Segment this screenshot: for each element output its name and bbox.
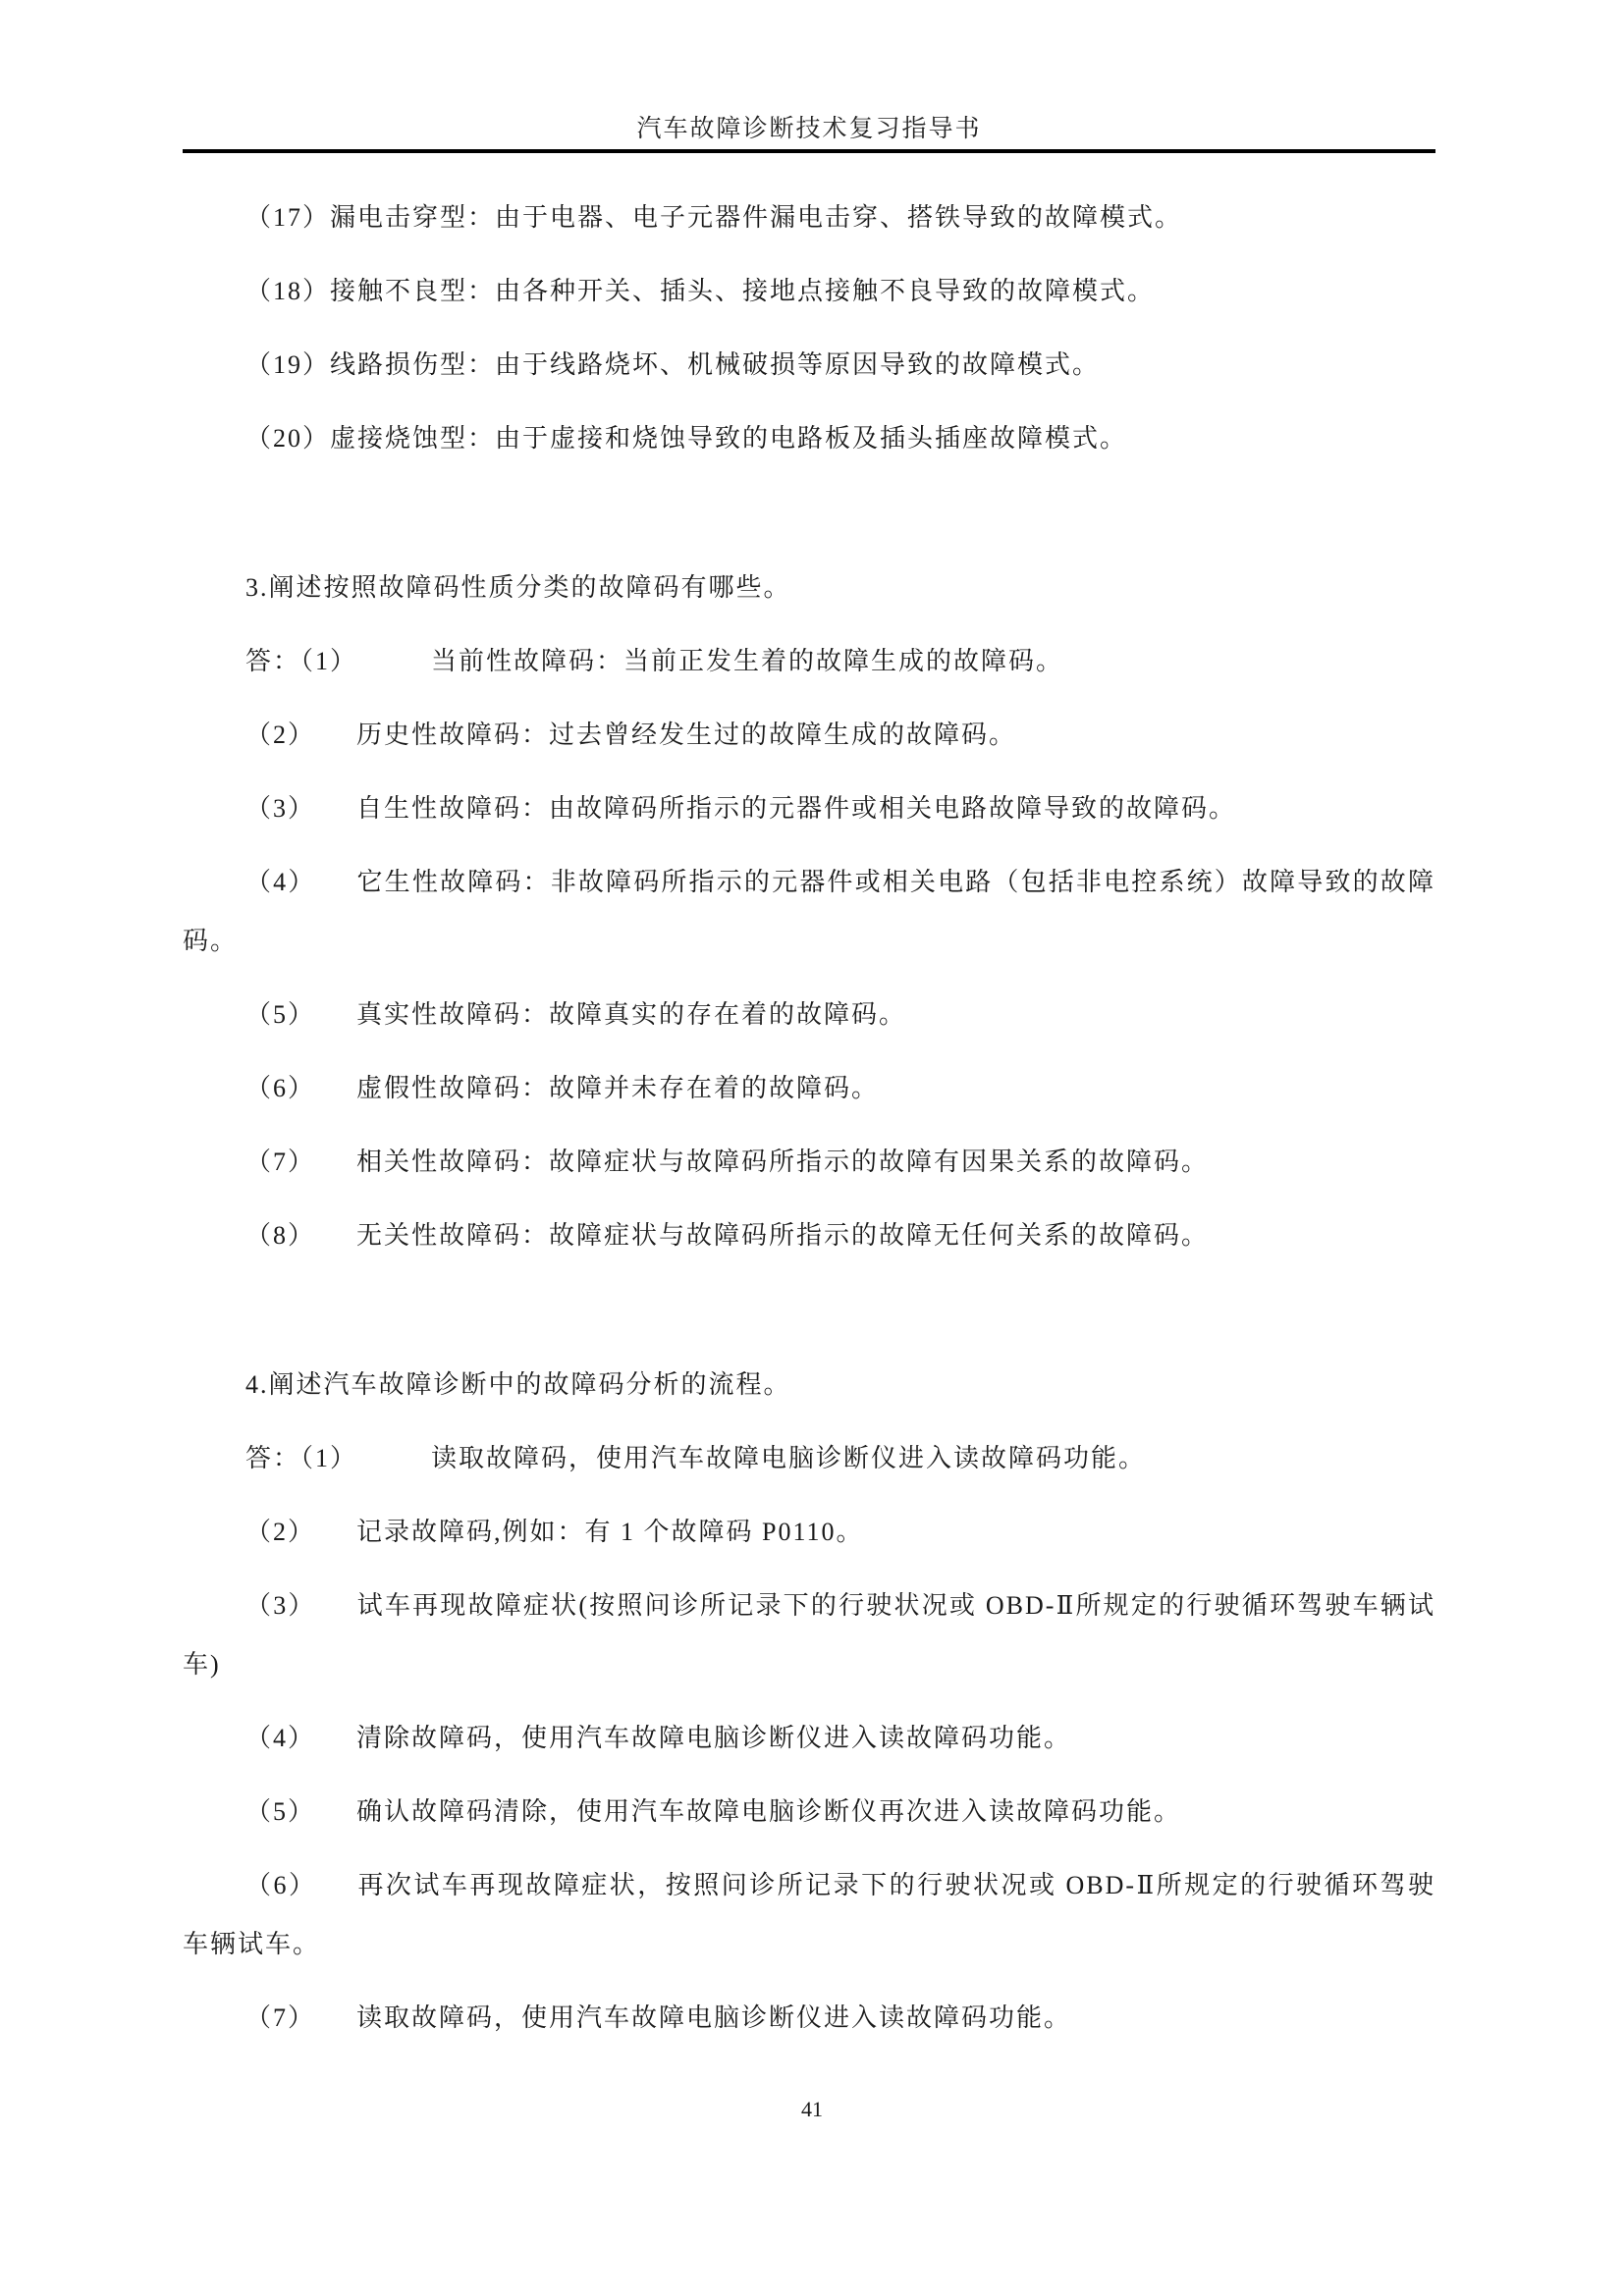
q4-answer-2: （2）记录故障码,例如：有 1 个故障码 P0110。 <box>183 1503 1435 1562</box>
question-3-heading: 3.阐述按照故障码性质分类的故障码有哪些。 <box>183 559 1435 617</box>
q3-answer-3: （3）自生性故障码：由故障码所指示的元器件或相关电路故障导致的故障码。 <box>183 779 1435 838</box>
answer-text: 真实性故障码：故障真实的存在着的故障码。 <box>356 1000 906 1029</box>
answer-text: 历史性故障码：过去曾经发生过的故障生成的故障码。 <box>356 721 1016 749</box>
question-4-heading: 4.阐述汽车故障诊断中的故障码分析的流程。 <box>183 1356 1435 1415</box>
answer-text: 它生性故障码：非故障码所指示的元器件或相关电路（包括非电控系统）故障导致的故障码… <box>183 868 1435 955</box>
answer-number: （3） <box>245 1591 316 1620</box>
q4-answer-3: （3）试车再现故障症状(按照问诊所记录下的行驶状况或 OBD-Ⅱ所规定的行驶循环… <box>183 1576 1435 1694</box>
q3-answer-4: （4）它生性故障码：非故障码所指示的元器件或相关电路（包括非电控系统）故障导致的… <box>183 853 1435 971</box>
page-number: 41 <box>0 2097 1624 2122</box>
answer-text: 读取故障码，使用汽车故障电脑诊断仪进入读故障码功能。 <box>431 1444 1146 1472</box>
answer-number: 答：（1） <box>245 647 357 675</box>
answer-text: 虚假性故障码：故障并未存在着的故障码。 <box>356 1074 879 1102</box>
answer-number: （5） <box>245 1797 315 1826</box>
answer-text: 试车再现故障症状(按照问诊所记录下的行驶状况或 OBD-Ⅱ所规定的行驶循环驾驶车… <box>183 1591 1435 1679</box>
fault-mode-item-18: （18）接触不良型：由各种开关、插头、接地点接触不良导致的故障模式。 <box>183 262 1435 321</box>
q3-answer-1: 答：（1）当前性故障码：当前正发生着的故障生成的故障码。 <box>183 632 1435 691</box>
q3-answer-2: （2）历史性故障码：过去曾经发生过的故障生成的故障码。 <box>183 706 1435 765</box>
q4-answer-7: （7）读取故障码，使用汽车故障电脑诊断仪进入读故障码功能。 <box>183 1989 1435 2048</box>
q4-answer-4: （4）清除故障码，使用汽车故障电脑诊断仪进入读故障码功能。 <box>183 1709 1435 1768</box>
q4-answer-1: 答：（1）读取故障码，使用汽车故障电脑诊断仪进入读故障码功能。 <box>183 1429 1435 1488</box>
item-number: （19） <box>245 350 330 379</box>
answer-text: 再次试车再现故障症状，按照问诊所记录下的行驶状况或 OBD-Ⅱ所规定的行驶循环驾… <box>183 1871 1435 1958</box>
fault-mode-item-20: （20）虚接烧蚀型：由于虚接和烧蚀导致的电路板及插头插座故障模式。 <box>183 409 1435 468</box>
q3-answer-6: （6）虚假性故障码：故障并未存在着的故障码。 <box>183 1059 1435 1118</box>
answer-number: 答：（1） <box>245 1444 357 1472</box>
q3-answer-8: （8）无关性故障码：故障症状与故障码所指示的故障无任何关系的故障码。 <box>183 1206 1435 1265</box>
item-text: 漏电击穿型：由于电器、电子元器件漏电击穿、搭铁导致的故障模式。 <box>330 203 1182 232</box>
answer-text: 清除故障码，使用汽车故障电脑诊断仪进入读故障码功能。 <box>356 1724 1071 1752</box>
answer-number: （5） <box>245 1000 315 1029</box>
answer-text: 记录故障码,例如：有 1 个故障码 P0110。 <box>356 1518 864 1546</box>
answer-number: （6） <box>245 1871 316 1899</box>
page-header-title: 汽车故障诊断技术复习指导书 <box>183 0 1435 143</box>
fault-mode-item-19: （19）线路损伤型：由于线路烧坏、机械破损等原因导致的故障模式。 <box>183 336 1435 395</box>
q4-answer-5: （5）确认故障码清除，使用汽车故障电脑诊断仪再次进入读故障码功能。 <box>183 1783 1435 1842</box>
answer-number: （8） <box>245 1221 315 1250</box>
q3-answer-5: （5）真实性故障码：故障真实的存在着的故障码。 <box>183 986 1435 1044</box>
answer-number: （4） <box>245 1724 315 1752</box>
answer-text: 确认故障码清除，使用汽车故障电脑诊断仪再次进入读故障码功能。 <box>356 1797 1181 1826</box>
item-number: （17） <box>245 203 330 232</box>
answer-number: （4） <box>245 868 316 896</box>
document-page: 汽车故障诊断技术复习指导书 （17）漏电击穿型：由于电器、电子元器件漏电击穿、搭… <box>0 0 1624 2296</box>
answer-text: 自生性故障码：由故障码所指示的元器件或相关电路故障导致的故障码。 <box>356 794 1236 823</box>
answer-number: （2） <box>245 721 315 749</box>
answer-number: （2） <box>245 1518 315 1546</box>
q4-answer-6: （6）再次试车再现故障症状，按照问诊所记录下的行驶状况或 OBD-Ⅱ所规定的行驶… <box>183 1856 1435 1974</box>
answer-text: 相关性故障码：故障症状与故障码所指示的故障有因果关系的故障码。 <box>356 1148 1209 1176</box>
answer-number: （3） <box>245 794 315 823</box>
answer-number: （7） <box>245 1148 315 1176</box>
q3-answer-7: （7）相关性故障码：故障症状与故障码所指示的故障有因果关系的故障码。 <box>183 1133 1435 1192</box>
item-text: 线路损伤型：由于线路烧坏、机械破损等原因导致的故障模式。 <box>330 350 1100 379</box>
answer-text: 当前性故障码：当前正发生着的故障生成的故障码。 <box>431 647 1063 675</box>
item-number: （20） <box>245 424 330 453</box>
item-text: 虚接烧蚀型：由于虚接和烧蚀导致的电路板及插头插座故障模式。 <box>330 424 1127 453</box>
answer-number: （7） <box>245 2003 315 2032</box>
answer-text: 无关性故障码：故障症状与故障码所指示的故障无任何关系的故障码。 <box>356 1221 1209 1250</box>
content-column: 汽车故障诊断技术复习指导书 （17）漏电击穿型：由于电器、电子元器件漏电击穿、搭… <box>183 0 1435 2062</box>
fault-mode-item-17: （17）漏电击穿型：由于电器、电子元器件漏电击穿、搭铁导致的故障模式。 <box>183 188 1435 247</box>
header-rule <box>183 149 1435 153</box>
answer-number: （6） <box>245 1074 315 1102</box>
item-number: （18） <box>245 277 330 305</box>
answer-text: 读取故障码，使用汽车故障电脑诊断仪进入读故障码功能。 <box>356 2003 1071 2032</box>
item-text: 接触不良型：由各种开关、插头、接地点接触不良导致的故障模式。 <box>330 277 1155 305</box>
